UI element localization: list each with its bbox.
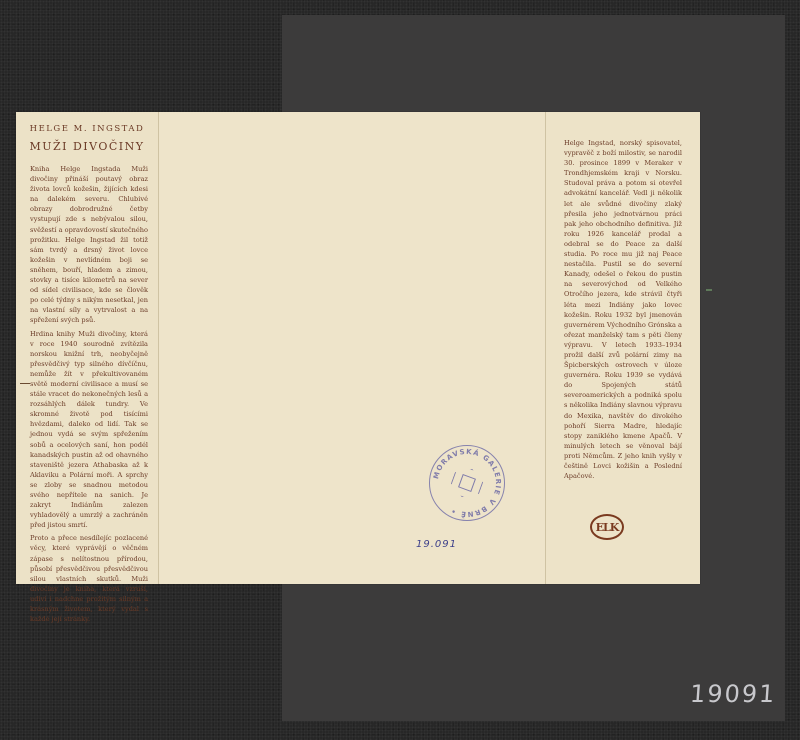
center-panel: MORAVSKÁ GALERIE V BRNĚ • 19.091 xyxy=(159,112,545,584)
left-paragraph-3: Proto a přece nesdílejíc pozlacené věcy,… xyxy=(30,533,148,624)
museum-stamp: MORAVSKÁ GALERIE V BRNĚ • xyxy=(429,445,505,521)
left-paragraph-2: Hrdina knihy Muži divočiny, která v roce… xyxy=(30,329,148,531)
book-jacket-sheet: HELGE M. INGSTAD MUŽI DIVOČINY Kniha Hel… xyxy=(16,112,700,584)
right-flap-panel: Helge Ingstad, norský spisovatel, vyprav… xyxy=(546,112,700,584)
board-inventory-number: 19091 xyxy=(689,680,777,708)
author-name: HELGE M. INGSTAD xyxy=(16,124,158,134)
left-flap-text: Kniha Helge Ingstada Muži divočiny přiná… xyxy=(30,164,148,627)
left-paragraph-1: Kniha Helge Ingstada Muži divočiny přiná… xyxy=(30,164,148,326)
left-flap-panel: HELGE M. INGSTAD MUŽI DIVOČINY Kniha Hel… xyxy=(16,112,158,584)
publisher-logo-icon: ELK xyxy=(590,514,624,540)
edge-mark xyxy=(706,289,712,291)
handwritten-inventory-number: 19.091 xyxy=(416,539,457,550)
right-flap-text: Helge Ingstad, norský spisovatel, vyprav… xyxy=(564,138,682,484)
right-paragraph-1: Helge Ingstad, norský spisovatel, vyprav… xyxy=(564,138,682,481)
book-title: MUŽI DIVOČINY xyxy=(16,140,158,153)
